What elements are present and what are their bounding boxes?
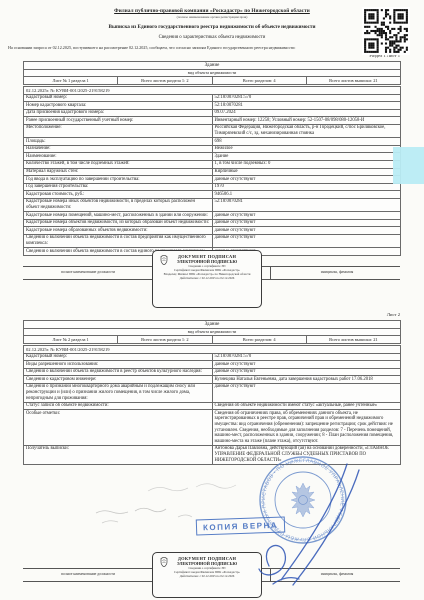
table-row: Местоположение:Российская Федерация, Ниж… (24, 124, 401, 137)
meta-row: Лист № 2 раздела 1Всего листов раздела 1… (24, 336, 401, 344)
row-label: Сведения о признании многоквартирного до… (24, 383, 213, 402)
table-row: Кадастровый номер:52:18:0070281:570 (24, 353, 401, 361)
org-name-caption: (полное наименование органа регистрации … (0, 15, 424, 19)
row-label: Кадастровый номер: (24, 353, 213, 361)
row-label: Сведения о включении объекта недвижимост… (24, 234, 213, 247)
row-value: 52:18:0070281:570 (212, 353, 401, 361)
table-row: Особые отметки:Сведения об ограничениях … (24, 410, 401, 446)
meta-cell: Всего листов выписки: 21 (306, 336, 400, 344)
table-row: Количество этажей, в том числе подземных… (24, 160, 401, 168)
row-value: данные отсутствуют (212, 227, 401, 235)
row-value: Российская Федерация, Нижегородская обла… (212, 124, 401, 137)
row-label: Кадастровый номер: (24, 94, 213, 102)
table-row: Год завершения строительства:1970 (24, 183, 401, 191)
object-type: Здание (24, 321, 401, 329)
row-label: Материал наружных стен: (24, 168, 213, 176)
object-type-table-1: Здание вид объекта недвижимости (23, 61, 401, 77)
table-row: Кадастровые номера образованных объектов… (24, 227, 401, 235)
document-subtitle: Сведения о характеристиках объекта недви… (0, 35, 424, 40)
scanned-document-page: Филиал публично-правовой компании «Роска… (0, 0, 424, 600)
table-row: Статус записи об объекте недвижимости:Св… (24, 402, 401, 410)
name-caption: инициалы, фамилия (281, 270, 393, 274)
row-value: Нежилое (212, 145, 401, 153)
row-value: данные отсутствуют (212, 176, 401, 184)
row-value: данные отсутствуют (212, 234, 401, 247)
meta-table-1: Лист № 1 раздела 1Всего листов раздела 1… (23, 76, 401, 85)
position-caption: полное наименование должности (33, 270, 143, 274)
row-value: данные отсутствуют (212, 368, 401, 376)
row-value: данные отсутствуют (212, 361, 401, 369)
table-row: Кадастровые номера объектов недвижимости… (24, 219, 401, 227)
characteristics-table-2: 02.12.2025г. № КУВИ-001/2025-219158219Ка… (23, 345, 401, 465)
table-row: Год ввода в эксплуатацию по завершении с… (24, 176, 401, 184)
row-label: Кадастровая стоимость, руб.: (24, 191, 213, 199)
row-value: данные отсутствуют (212, 383, 401, 402)
object-type-table-2: Здание вид объекта недвижимости (23, 320, 401, 336)
row-label: Площадь: (24, 138, 213, 146)
row-label: Количество этажей, в том числе подземных… (24, 160, 213, 168)
characteristics-table-1: 02.12.2025г. № КУВИ-001/2025-219158219Ка… (23, 86, 401, 256)
table-row: Кадастровый номер:52:18:0070281:570 (24, 94, 401, 102)
table-row: Ранее присвоенный государственный учетны… (24, 117, 401, 125)
handwritten-signature (225, 450, 395, 598)
row-value: 52:18:0070281 (212, 102, 401, 110)
coat-of-arms-icon (160, 255, 168, 265)
row-value: 52:18:0070281 (212, 198, 401, 211)
row-value: данные отсутствуют (212, 219, 401, 227)
row-label: Кадастровые номера объектов недвижимости… (24, 219, 213, 227)
coat-of-arms-icon (160, 557, 168, 567)
band-divider (270, 267, 271, 279)
row-label: Особые отметки: (24, 410, 213, 446)
row-label: Кадастровые номера иных объектов недвижи… (24, 198, 213, 211)
table-row: Здание (24, 321, 401, 329)
row-value: Инвентарный номер: 12258; Условный номер… (212, 117, 401, 125)
row-value: 09.07.2024 (212, 109, 401, 117)
row-label: Получатель выписки: (24, 445, 213, 464)
doc-number-row: 02.12.2025г. № КУВИ-001/2025-219158219 (24, 87, 401, 95)
table-row: Сведения о включении объекта недвижимост… (24, 234, 401, 247)
row-value: Здание (212, 153, 401, 161)
row-label: Наименование: (24, 153, 213, 161)
table-row: Здание (24, 62, 401, 70)
esignature-stamp: ДОКУМЕНТ ПОДПИСАН ЭЛЕКТРОННОЙ ПОДПИСЬЮ С… (152, 250, 262, 308)
position-caption: полное наименование должности (33, 572, 143, 576)
table-row: Кадастровые номера помещений, машино-мес… (24, 212, 401, 220)
qr-code (362, 7, 410, 55)
table-row: Виды разрешенного использования:данные о… (24, 361, 401, 369)
meta-cell: Лист № 1 раздела 1 (24, 77, 118, 85)
row-value: Сведения об объекте недвижимости имеют с… (212, 402, 401, 410)
document-header: Филиал публично-правовой компании «Роска… (0, 8, 424, 50)
table-row: Кадастровые номера иных объектов недвижи… (24, 198, 401, 211)
table-row: Сведения о признании многоквартирного до… (24, 383, 401, 402)
table-row: Дата присвоения кадастрового номера:09.0… (24, 109, 401, 117)
esig-line: Действителен: с 02.12.2025 по 02.12.2026 (153, 276, 261, 280)
table-row: Кадастровая стоимость, руб.:946506.1 (24, 191, 401, 199)
doc-number: 02.12.2025г. № КУВИ-001/2025-219158219 (24, 346, 401, 354)
row-label: Местоположение: (24, 124, 213, 137)
row-value: Кирпичные (212, 168, 401, 176)
row-label: Кадастровые номера образованных объектов… (24, 227, 213, 235)
row-label: Дата присвоения кадастрового номера: (24, 109, 213, 117)
meta-cell: Всего листов выписки: 21 (306, 77, 400, 85)
sheet2-page-label: Лист 2 (387, 312, 400, 317)
row-label: Сведения о включении объекта недвижимост… (24, 368, 213, 376)
row-label: Ранее присвоенный государственный учетны… (24, 117, 213, 125)
row-label: Год ввода в эксплуатацию по завершении с… (24, 176, 213, 184)
row-value: Сведения об ограничениях права, об обрем… (212, 410, 401, 446)
cyan-highlight-mark (393, 147, 424, 184)
table-row: Площадь:698 (24, 138, 401, 146)
row-label: Назначение: (24, 145, 213, 153)
table-row: Номер кадастрового квартала:52:18:007028… (24, 102, 401, 110)
meta-cell: Всего разделов: 4 (212, 77, 306, 85)
row-label: Кадастровые номера помещений, машино-мес… (24, 212, 213, 220)
object-type: Здание (24, 62, 401, 70)
row-value: 946506.1 (212, 191, 401, 199)
table-row: Наименование:Здание (24, 153, 401, 161)
org-name: Филиал публично-правовой компании «Роска… (0, 8, 424, 14)
meta-cell: Всего листов раздела 1: 2 (118, 336, 212, 344)
row-label: Сведения о кадастровом инженере: (24, 376, 213, 384)
table-row: Сведения о кадастровом инженере:Кузнецов… (24, 376, 401, 384)
row-value: 698 (212, 138, 401, 146)
row-value: 1, в том числе подземных: 0 (212, 160, 401, 168)
request-line: На основании запроса от 02.12.2025, пост… (0, 45, 424, 50)
document-title: Выписка из Единого государственного реес… (0, 24, 424, 30)
row-label: Номер кадастрового квартала: (24, 102, 213, 110)
meta-cell: Всего разделов: 4 (212, 336, 306, 344)
row-value: 1970 (212, 183, 401, 191)
row-value: данные отсутствуют (212, 212, 401, 220)
row-value: Кузнецова Наталья Евгеньевна, дата завер… (212, 376, 401, 384)
table-row: Назначение:Нежилое (24, 145, 401, 153)
row-value: 52:18:0070281:570 (212, 94, 401, 102)
doc-number: 02.12.2025г. № КУВИ-001/2025-219158219 (24, 87, 401, 95)
meta-cell: Всего листов раздела 1: 2 (118, 77, 212, 85)
table-row: Материал наружных стен:Кирпичные (24, 168, 401, 176)
meta-table-2: Лист № 2 раздела 1Всего листов раздела 1… (23, 335, 401, 344)
row-label: Статус записи об объекте недвижимости: (24, 402, 213, 410)
row-label: Год завершения строительства: (24, 183, 213, 191)
meta-row: Лист № 1 раздела 1Всего листов раздела 1… (24, 77, 401, 85)
table-row: Сведения о включении объекта недвижимост… (24, 368, 401, 376)
row-label: Виды разрешенного использования: (24, 361, 213, 369)
meta-cell: Лист № 2 раздела 1 (24, 336, 118, 344)
doc-number-row: 02.12.2025г. № КУВИ-001/2025-219158219 (24, 346, 401, 354)
